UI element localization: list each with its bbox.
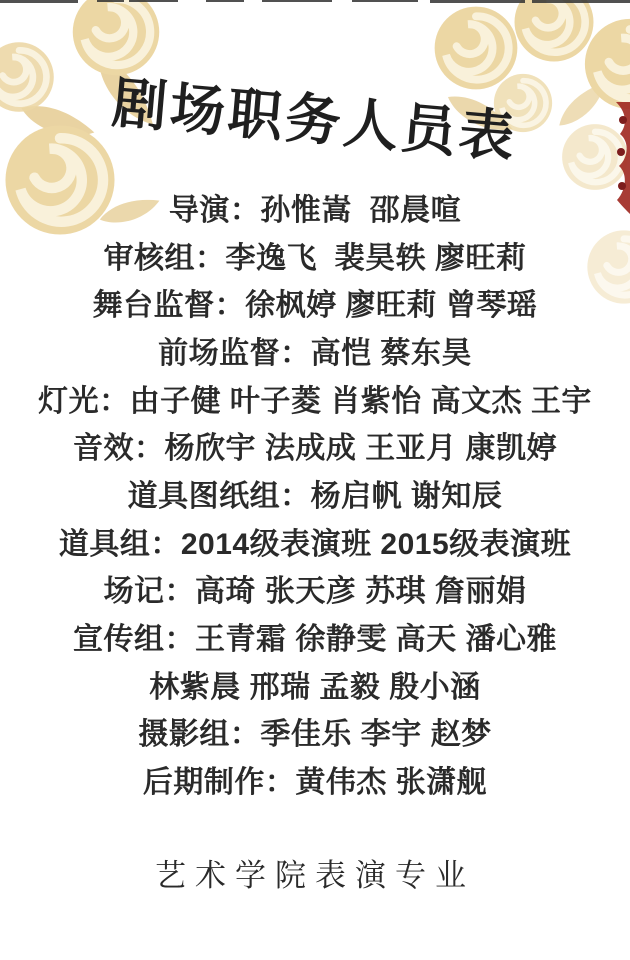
role-names: 高琦 张天彦 苏琪 詹丽娟 — [195, 566, 527, 610]
role-label: 灯光： — [38, 376, 130, 420]
role-names: 黄伟杰 张潇舰 — [295, 757, 487, 801]
staff-rows: 导演：孙惟嵩 邵晨喧 审核组：李逸飞 裴昊轶 廖旺莉 舞台监督：徐枫婷 廖旺莉 … — [0, 183, 630, 803]
staff-row: 道具组：2014级表演班 2015级表演班 — [0, 517, 630, 565]
role-label: 舞台监督： — [93, 280, 246, 324]
role-names: 王青霜 徐静雯 高天 潘心雅 — [195, 614, 557, 658]
role-label: 宣传组： — [73, 614, 195, 658]
role-names: 杨启帆 谢知辰 — [311, 471, 503, 515]
page-title: 剧场职务人员表 — [0, 49, 630, 183]
role-names: 孙惟嵩 邵晨喧 — [260, 185, 461, 229]
footer-department: 艺术学院表演专业 — [0, 850, 630, 895]
staff-row: 道具图纸组：杨启帆 谢知辰 — [0, 469, 630, 517]
staff-row: 音效：杨欣宇 法成成 王亚月 康凯婷 — [0, 421, 630, 469]
role-label: 后期制作： — [143, 757, 296, 801]
role-names: 林紫晨 邢瑞 孟毅 殷小涵 — [149, 662, 481, 706]
staff-row: 审核组：李逸飞 裴昊轶 廖旺莉 — [0, 231, 630, 279]
staff-row: 后期制作：黄伟杰 张潇舰 — [0, 755, 630, 803]
staff-row: 灯光：由子健 叶子菱 肖紫怡 高文杰 王宇 — [0, 374, 630, 422]
role-label: 审核组： — [103, 233, 225, 277]
role-label: 道具图纸组： — [128, 471, 311, 515]
role-names: 杨欣宇 法成成 王亚月 康凯婷 — [164, 423, 557, 467]
role-names: 由子健 叶子菱 肖紫怡 高文杰 王宇 — [130, 376, 592, 420]
staff-list-document: 剧场职务人员表 导演：孙惟嵩 邵晨喧 审核组：李逸飞 裴昊轶 廖旺莉 舞台监督：… — [0, 0, 630, 960]
role-names: 2014级表演班 2015级表演班 — [181, 519, 571, 563]
role-label: 摄影组： — [138, 709, 260, 753]
staff-row: 宣传组：王青霜 徐静雯 高天 潘心雅 — [0, 612, 630, 660]
role-label: 场记： — [103, 566, 195, 610]
role-names: 李逸飞 裴昊轶 廖旺莉 — [225, 233, 526, 277]
staff-row: 场记：高琦 张天彦 苏琪 詹丽娟 — [0, 565, 630, 613]
role-label: 道具组： — [59, 519, 181, 563]
staff-row: 导演：孙惟嵩 邵晨喧 — [0, 183, 630, 231]
role-label: 导演： — [169, 185, 261, 229]
staff-row: 摄影组：季佳乐 李宇 赵梦 — [0, 708, 630, 756]
role-label: 前场监督： — [158, 328, 311, 372]
role-names: 季佳乐 李宇 赵梦 — [260, 709, 491, 753]
staff-row: 林紫晨 邢瑞 孟毅 殷小涵 — [0, 660, 630, 708]
role-label: 音效： — [73, 423, 165, 467]
staff-row: 舞台监督：徐枫婷 廖旺莉 曾琴瑶 — [0, 278, 630, 326]
role-names: 高恺 蔡东昊 — [311, 328, 472, 372]
role-names: 徐枫婷 廖旺莉 曾琴瑶 — [245, 280, 537, 324]
staff-row: 前场监督：高恺 蔡东昊 — [0, 326, 630, 374]
top-scan-lines — [0, 0, 630, 3]
